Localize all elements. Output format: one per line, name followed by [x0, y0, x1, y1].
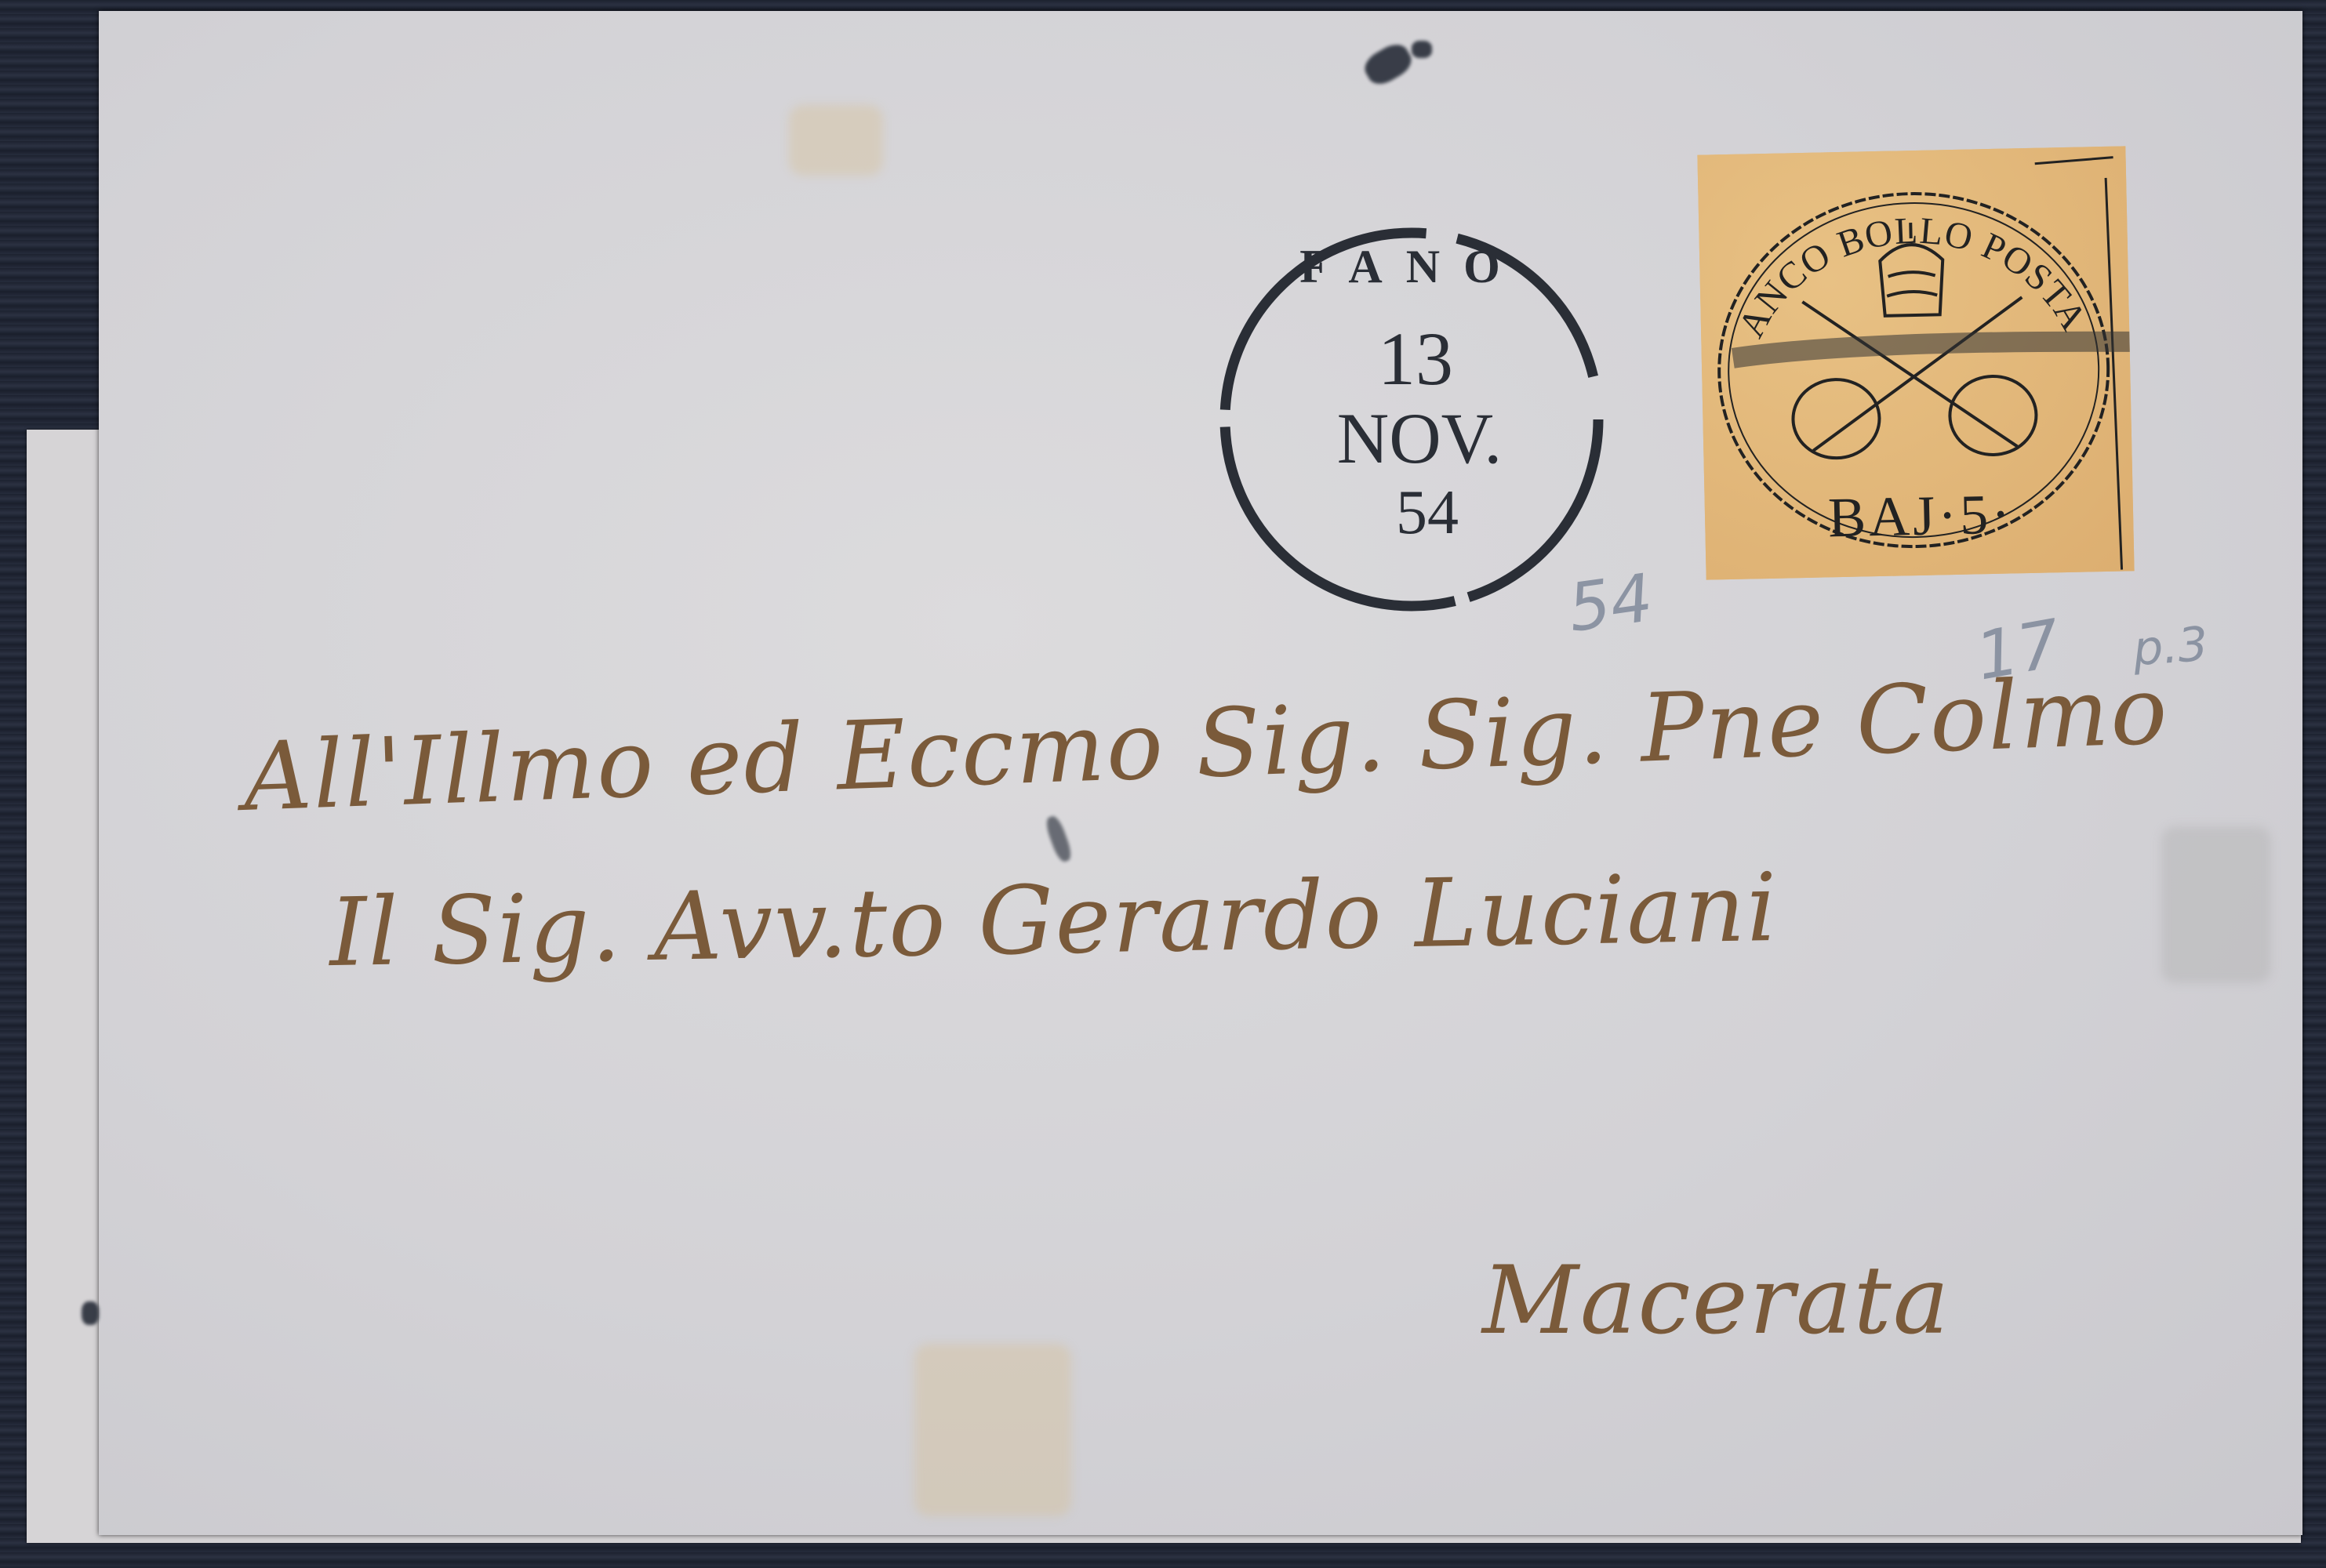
pencil-note: p.3 — [2132, 617, 2210, 677]
paper-stain — [2161, 826, 2271, 983]
circular-datestamp: FANO 13 NOV. 54 — [1192, 204, 1631, 627]
ink-smudge — [1412, 41, 1432, 58]
postage-stamp: FRANCO BOLLO POSTALE BAJ·5· — [1697, 146, 2134, 579]
cancellation-bar — [1733, 339, 2135, 358]
stamp-value: BAJ·5· — [1827, 482, 2014, 549]
postmark-town: FANO — [1299, 241, 1524, 292]
ink-smudge — [82, 1301, 99, 1325]
postmark-month: NOV. — [1337, 398, 1502, 478]
postmark-day: 13 — [1378, 317, 1453, 401]
postmark-year: 54 — [1396, 478, 1459, 547]
paper-stain — [914, 1344, 1071, 1516]
paper-stain — [789, 105, 883, 176]
address-city: Macerata — [1482, 1247, 1950, 1356]
pencil-note: 17 — [1970, 604, 2066, 695]
pencil-note: 54 — [1564, 559, 1657, 647]
